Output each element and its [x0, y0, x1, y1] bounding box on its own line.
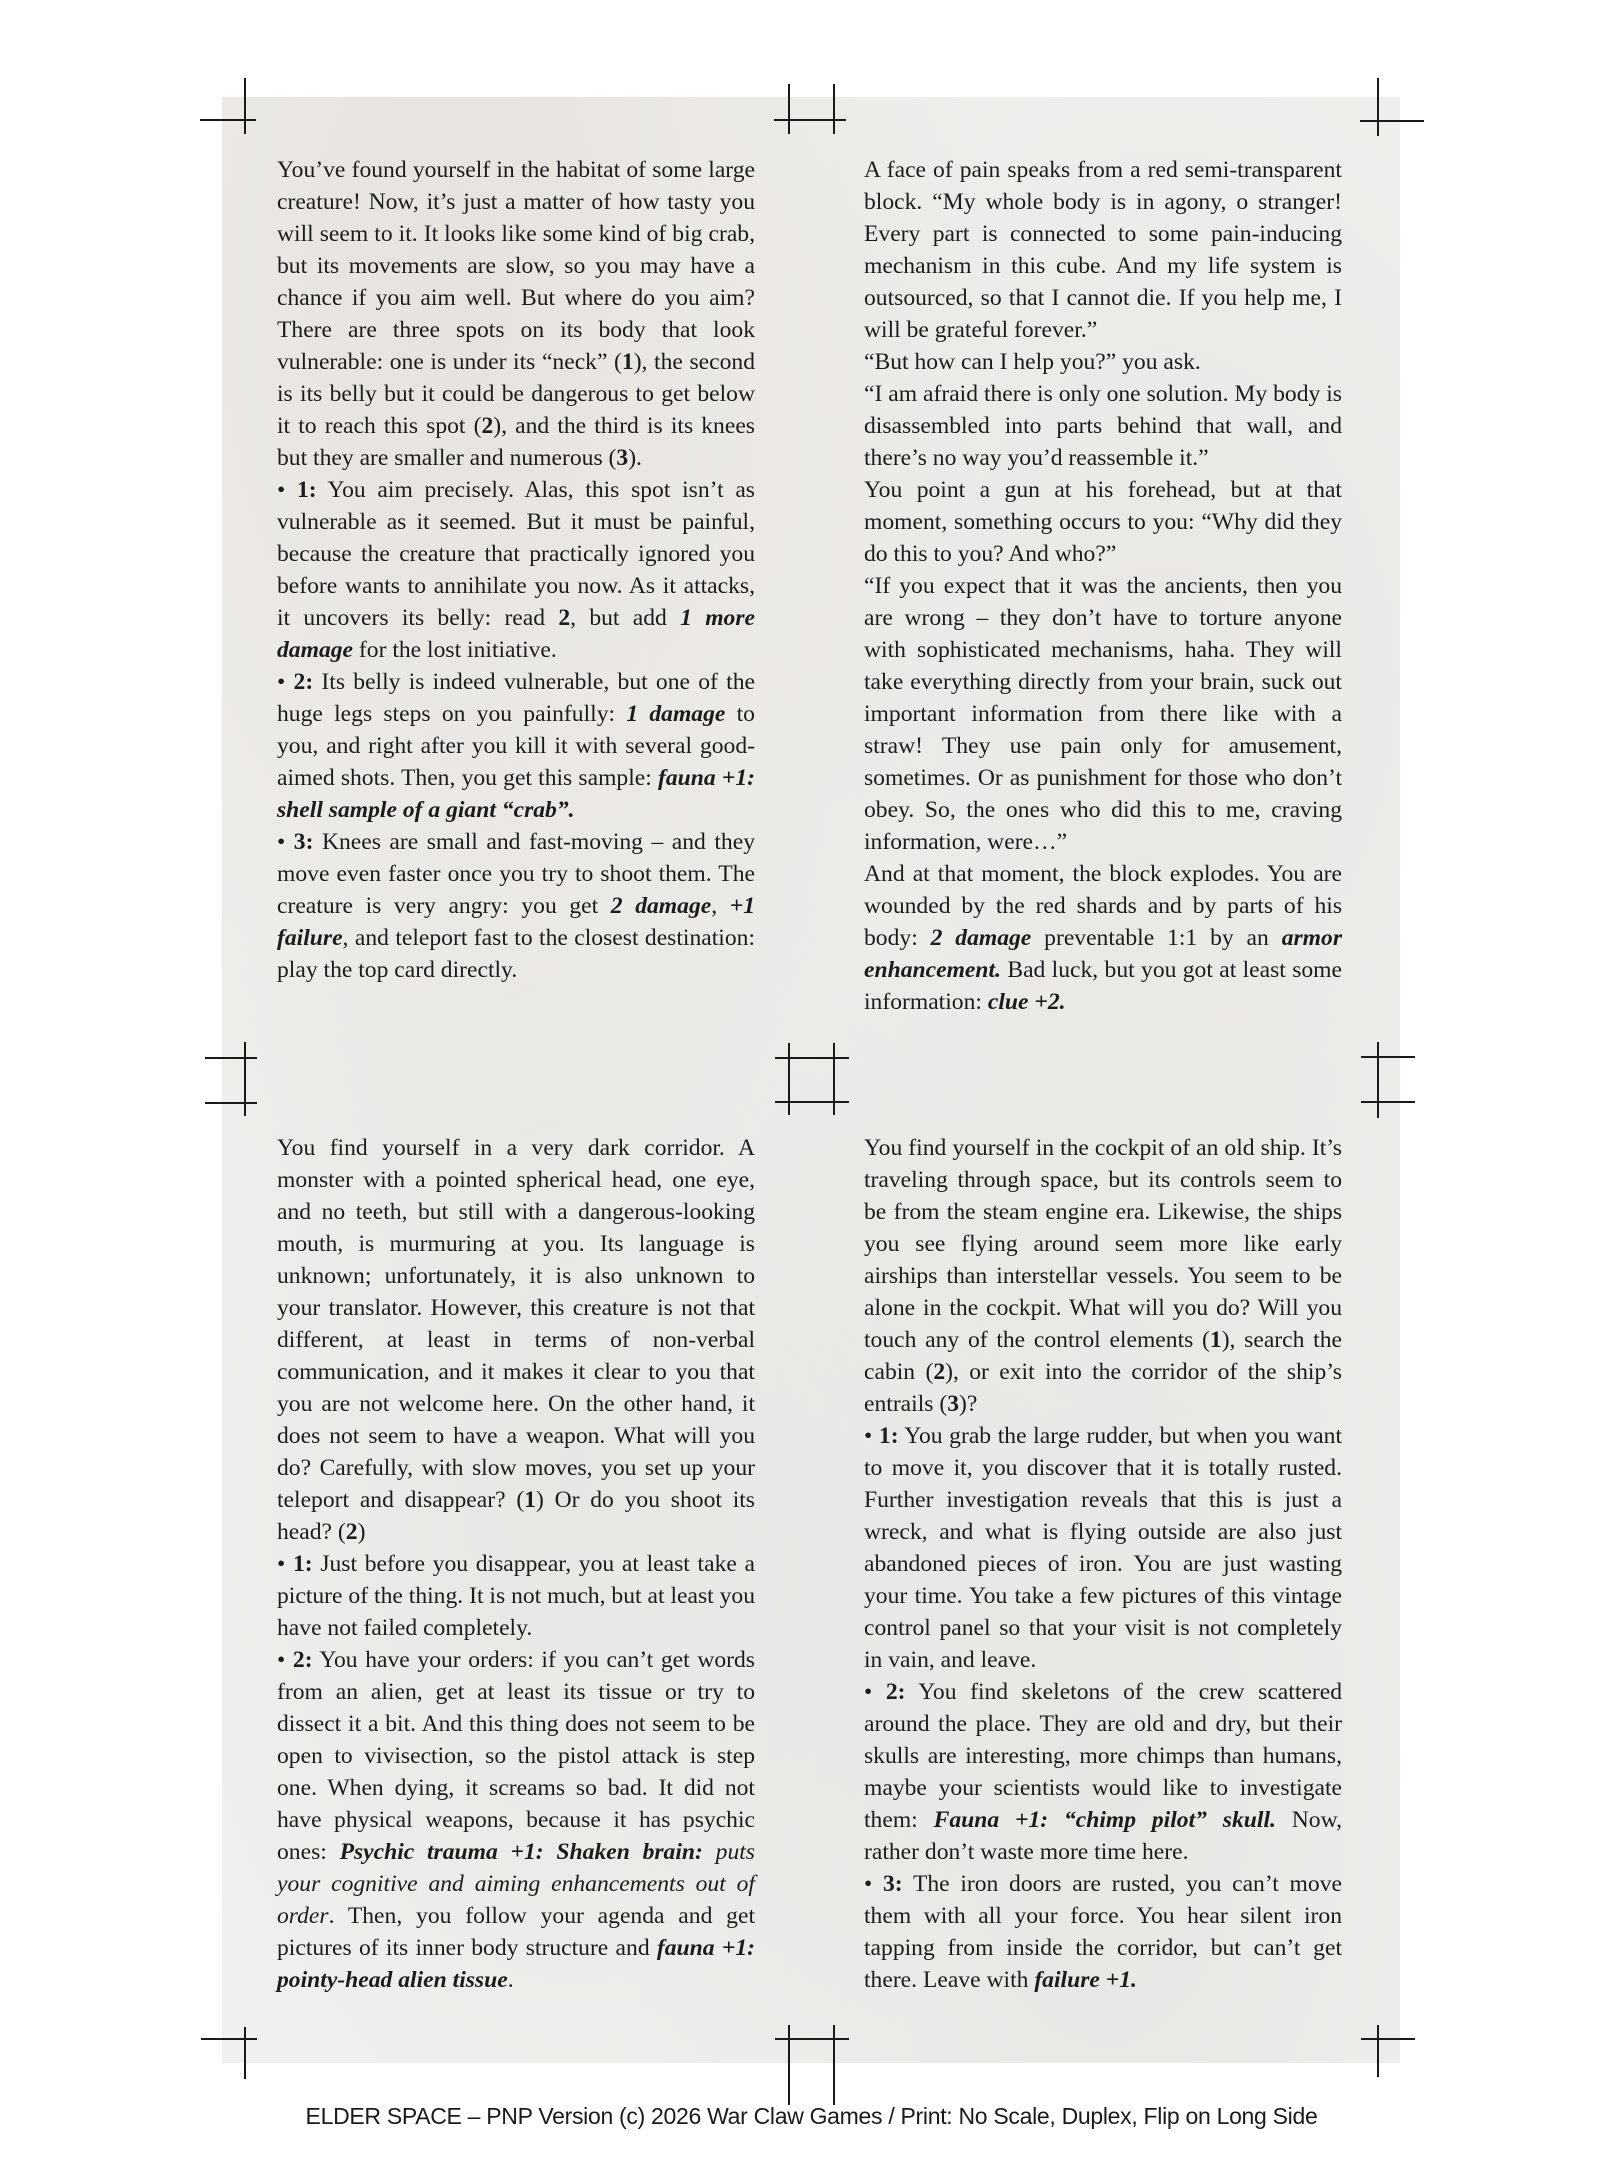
paragraph: “If you expect that it was the ancients,…	[864, 570, 1342, 858]
crop-mark-icon	[1361, 1056, 1415, 1058]
crop-mark-icon	[205, 1102, 257, 1104]
crop-mark-icon	[833, 2025, 835, 2105]
paragraph: A face of pain speaks from a red semi-tr…	[864, 154, 1342, 346]
crop-mark-icon	[1361, 1101, 1415, 1103]
card-face-of-pain: A face of pain speaks from a red semi-tr…	[864, 154, 1342, 1018]
option-1: • 1: You aim precisely. Alas, this spot …	[277, 474, 755, 666]
crop-mark-icon	[244, 78, 246, 134]
card-intro: You find yourself in a very dark corrido…	[277, 1132, 755, 1548]
paragraph: “But how can I help you?” you ask.	[864, 346, 1342, 378]
crop-mark-icon	[205, 1057, 257, 1059]
crop-mark-icon	[1377, 2025, 1379, 2077]
card-intro: You find yourself in the cockpit of an o…	[864, 1132, 1342, 1420]
ending: And at that moment, the block explodes. …	[864, 858, 1342, 1018]
crop-mark-icon	[775, 2038, 849, 2040]
crop-mark-icon	[788, 84, 790, 134]
option-1: • 1: You grab the large rudder, but when…	[864, 1420, 1342, 1676]
paragraph: You point a gun at his forehead, but at …	[864, 474, 1342, 570]
paragraph: “I am afraid there is only one solution.…	[864, 378, 1342, 474]
option-2: • 2: You have your orders: if you can’t …	[277, 1644, 755, 1996]
card-old-ship-cockpit: You find yourself in the cockpit of an o…	[864, 1132, 1342, 1996]
option-3: • 3: Knees are small and fast-moving – a…	[277, 826, 755, 986]
crop-mark-icon	[774, 119, 846, 121]
option-2: • 2: You find skeletons of the crew scat…	[864, 1676, 1342, 1868]
card-dark-corridor: You find yourself in a very dark corrido…	[277, 1132, 755, 1996]
crop-mark-icon	[1361, 2038, 1415, 2040]
crop-mark-icon	[1377, 78, 1379, 136]
crop-mark-icon	[775, 1101, 849, 1103]
card-intro: You’ve found yourself in the habitat of …	[277, 154, 755, 474]
option-2: • 2: Its belly is indeed vulnerable, but…	[277, 666, 755, 826]
crop-mark-icon	[833, 84, 835, 134]
crop-mark-icon	[775, 1057, 849, 1059]
crop-mark-icon	[1360, 120, 1424, 122]
crop-mark-icon	[788, 2025, 790, 2105]
print-footer: ELDER SPACE – PNP Version (c) 2026 War C…	[0, 2103, 1623, 2130]
crop-mark-icon	[200, 119, 256, 121]
crop-mark-icon	[1377, 1042, 1379, 1118]
crop-mark-icon	[201, 2038, 257, 2040]
card-creature-habitat: You’ve found yourself in the habitat of …	[277, 154, 755, 986]
crop-mark-icon	[833, 1043, 835, 1115]
crop-mark-icon	[244, 2027, 246, 2079]
crop-mark-icon	[244, 1042, 246, 1116]
crop-mark-icon	[788, 1043, 790, 1115]
option-3: • 3: The iron doors are rusted, you can’…	[864, 1868, 1342, 1996]
option-1: • 1: Just before you disappear, you at l…	[277, 1548, 755, 1644]
